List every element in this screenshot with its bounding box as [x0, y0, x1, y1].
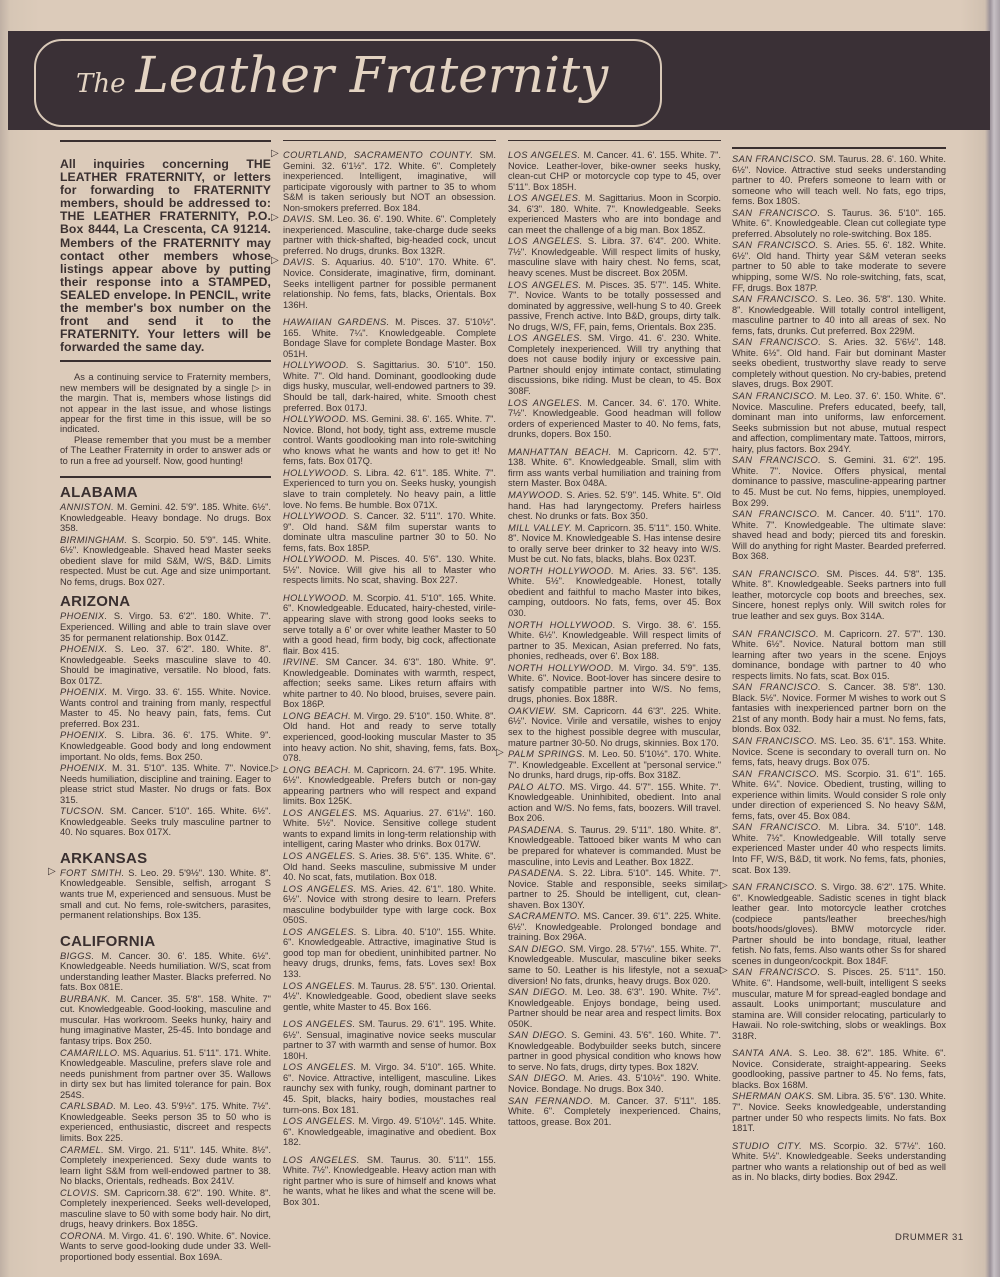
listing-entry: SAN FRANCISCO. S. Leo. 36. 5'8". 130. Wh… — [732, 294, 946, 336]
listing-entry: SAN FRANCISCO. M. Cancer. 40. 5'11". 170… — [732, 509, 946, 562]
state-heading: ARIZONA — [60, 593, 271, 610]
listing-city: HOLLYWOOD. — [283, 360, 349, 370]
listing-entry: SAN FRANCISCO. S. Cancer. 38. 5'8". 130.… — [732, 682, 946, 735]
listing-city: PASADENA. — [508, 868, 564, 878]
listing-city: SAN FERNANDO. — [508, 1096, 593, 1106]
listing-entry: HOLLYWOOD. S. Sagittarius. 30. 5'10". 15… — [283, 360, 496, 413]
listing-city: LOS ANGELES. — [508, 333, 583, 343]
listing-city: NORTH HOLLYWOOD. — [508, 620, 616, 630]
listing-entry: MILL VALLEY. M. Capricorn. 35. 5'11". 15… — [508, 523, 721, 565]
listing-city: SAN FRANCISCO. — [732, 882, 817, 892]
listing-city: PHOENIX. — [60, 687, 108, 697]
listing-entry: CARLSBAD. M. Leo. 43. 5'9½". 175. White.… — [60, 1101, 271, 1143]
column-rule — [283, 140, 496, 141]
listing-city: LOS ANGELES. — [283, 1155, 360, 1165]
listing-entry: ▷DAVIS. S. Aquarius. 40. 5'10". 170. Whi… — [283, 257, 496, 310]
listing-city: TUCSON. — [60, 806, 105, 816]
listing-city: SAN FRANCISCO. — [732, 822, 821, 832]
listing-city: PALM SPRINGS. — [508, 749, 585, 759]
listing-city: SAN FRANCISCO. — [732, 569, 820, 579]
listing-city: SAN FRANCISCO. — [732, 391, 817, 401]
listing-entry: LOS ANGELES. M. Virgo. 49. 5'10½". 145. … — [283, 1116, 496, 1148]
listing-city: LOS ANGELES. — [283, 808, 358, 818]
listing-city: HOLLYWOOD. — [283, 554, 349, 564]
listing-entry: SANTA ANA. S. Leo. 38. 6'2". 185. White.… — [732, 1048, 946, 1090]
listing-entry: LOS ANGELES. MS. Aries. 42. 6'1". 180. W… — [283, 884, 496, 926]
listing-entry: PALO ALTO. MS. Virgo. 44. 5'7". 155. Whi… — [508, 782, 721, 824]
listing-entry: CARMEL. SM. Virgo. 21. 5'11". 145. White… — [60, 1145, 271, 1187]
listing-entry: SAN FRANCISCO. MS. Scorpio. 31. 6'1". 16… — [732, 769, 946, 822]
listing-entry: SAN FRANCISCO. SM. Pisces. 44. 5'8". 135… — [732, 569, 946, 622]
column-rule — [60, 140, 271, 142]
listing-entry: SAN DIEGO. M. Leo. 38. 6'3". 190. White.… — [508, 987, 721, 1029]
listing-city: LOS ANGELES. — [283, 981, 355, 991]
listing-text: S. Aquarius. 40. 5'10". 170. White. 6". … — [283, 257, 496, 309]
listing-city: LONG BEACH. — [283, 765, 351, 775]
page-title: The Leather Fraternity — [40, 46, 660, 124]
listing-city: PHOENIX. — [60, 611, 108, 621]
listing-city: MILL VALLEY. — [508, 523, 572, 533]
listing-city: STUDIO CITY. — [732, 1141, 802, 1151]
listings-column-4: SAN FRANCISCO. SM. Taurus. 28. 6'. 160. … — [732, 154, 946, 1183]
listing-entry: BURBANK. M. Cancer. 35. 5'8". 158. White… — [60, 994, 271, 1047]
listing-city: SAN FRANCISCO. — [732, 629, 819, 639]
listing-city: SAN FRANCISCO. — [732, 208, 821, 218]
new-member-marker-icon: ▷ — [271, 256, 279, 267]
listing-entry: TUCSON. SM. Cancer. 5'10". 165. White. 6… — [60, 806, 271, 838]
listing-entry: PASADENA. S. Taurus. 29. 5'11". 180. Whi… — [508, 825, 721, 867]
listing-entry: HOLLYWOOD. M. Pisces. 40. 5'6". 130. Whi… — [283, 554, 496, 586]
listing-city: MAYWOOD. — [508, 490, 563, 500]
listing-entry: LOS ANGELES. M. Sagittarius. Moon in Sco… — [508, 193, 721, 235]
listing-city: SAN FRANCISCO. — [732, 509, 820, 519]
new-member-marker-icon: ▷ — [496, 748, 504, 759]
listing-entry: SAN FRANCISCO. SM. Taurus. 28. 6'. 160. … — [732, 154, 946, 207]
listing-text: S. Pisces. 25. 5'11". 150. White. 6". Ha… — [732, 967, 946, 1040]
listing-entry: LOS ANGELES. SM. Taurus. 30. 5'11". 155.… — [283, 1155, 496, 1208]
listing-entry: SAN DIEGO. SM. Virgo. 28. 5'7½". 155. Wh… — [508, 944, 721, 986]
listing-city: OAKVIEW. — [508, 706, 557, 716]
listing-city: SAN DIEGO. — [508, 987, 568, 997]
listing-entry: SAN FERNANDO. M. Cancer. 37. 5'11". 185.… — [508, 1096, 721, 1128]
listing-entry: IRVINE. SM Cancer. 34. 6'3". 180. White.… — [283, 657, 496, 710]
listing-city: COURTLAND, SACRAMENTO COUNTY. — [283, 150, 473, 160]
listing-entry: LOS ANGELES. M. Cancer. 34. 6'. 170. Whi… — [508, 398, 721, 440]
listing-city: CLOVIS. — [60, 1188, 99, 1198]
listing-entry: CAMARILLO. MS. Aquarius. 51. 5'11". 171.… — [60, 1048, 271, 1101]
listing-entry: LOS ANGELES. M. Taurus. 28. 5'5". 130. O… — [283, 981, 496, 1013]
column-4: SAN FRANCISCO. SM. Taurus. 28. 6'. 160. … — [732, 154, 946, 1184]
listing-entry: ▷DAVIS. SM. Leo. 36. 6'. 190. White. 6".… — [283, 214, 496, 256]
listing-entry: SAN FRANCISCO. S. Aries. 32. 5'6½". 148.… — [732, 337, 946, 390]
state-heading: CALIFORNIA — [60, 933, 271, 950]
listing-entry: PHOENIX. S. Libra. 36. 6'. 175. White. 9… — [60, 730, 271, 762]
magazine-page: The Leather Fraternity All inquiries con… — [0, 0, 1000, 1277]
listing-city: LOS ANGELES. — [508, 280, 582, 290]
listing-city: LOS ANGELES. — [508, 193, 581, 203]
listing-city: LOS ANGELES. — [283, 1062, 357, 1072]
listings-column-2: ▷COURTLAND, SACRAMENTO COUNTY. SM. Gemin… — [283, 150, 496, 1208]
listing-entry: LOS ANGELES. S. Aries. 38. 5'6". 135. Wh… — [283, 851, 496, 883]
title-prefix: The — [76, 69, 125, 99]
listing-entry: PASADENA. S. 22. Libra. 5'10". 145. Whit… — [508, 868, 721, 910]
listing-city: PALO ALTO. — [508, 782, 566, 792]
listing-city: HOLLYWOOD. — [283, 414, 349, 424]
state-heading: ARKANSAS — [60, 850, 271, 867]
listing-entry: LOS ANGELES. M. Virgo. 34. 5'10". 165. W… — [283, 1062, 496, 1115]
listing-city: HAWAIIAN GARDENS. — [283, 317, 390, 327]
intro-note: As a continuing service to Fraternity me… — [60, 372, 271, 466]
listing-city: ANNISTON. — [60, 502, 114, 512]
note-membership: Please remember that you must be a membe… — [60, 435, 271, 466]
listing-city: SAN FRANCISCO. — [732, 769, 819, 779]
listing-entry: HOLLYWOOD. MS. Gemini. 38. 6'. 165. Whit… — [283, 414, 496, 467]
listing-entry: SACRAMENTO. MS. Cancer. 39. 6'1". 225. W… — [508, 911, 721, 943]
listing-city: DAVIS. — [283, 257, 315, 267]
listing-entry: HOLLYWOOD. S. Libra. 42. 6'1". 185. Whit… — [283, 468, 496, 510]
listing-city: SAN FRANCISCO. — [732, 154, 817, 164]
new-member-marker-icon: ▷ — [720, 966, 728, 977]
listing-city: SAN FRANCISCO. — [732, 967, 821, 977]
new-member-marker-icon: ▷ — [271, 213, 279, 224]
listing-entry: LOS ANGELES. S. Libra. 37. 6'4". 200. Wh… — [508, 236, 721, 278]
listing-entry: PHOENIX. M. 31. 5'10". 135. White. 7". N… — [60, 763, 271, 805]
listing-city: SAN FRANCISCO. — [732, 240, 819, 250]
column-2: ▷COURTLAND, SACRAMENTO COUNTY. SM. Gemin… — [283, 150, 496, 1209]
listing-city: PHOENIX. — [60, 763, 108, 773]
note-new-members: As a continuing service to Fraternity me… — [60, 372, 271, 434]
listing-entry: OAKVIEW. SM. Capricorn. 44 6'3". 225. Wh… — [508, 706, 721, 748]
listing-entry: ▷PALM SPRINGS. M. Leo. 50. 5'10½". 170. … — [508, 749, 721, 781]
listing-entry: LOS ANGELES. MS. Aquarius. 27. 6'1½". 16… — [283, 808, 496, 850]
listing-city: BIRMINGHAM. — [60, 535, 127, 545]
column-rule — [508, 140, 721, 141]
listing-city: SAN FRANCISCO. — [732, 682, 821, 692]
listing-entry: HOLLYWOOD. M. Scorpio. 41. 5'10". 165. W… — [283, 593, 496, 656]
listing-city: SHERMAN OAKS. — [732, 1091, 815, 1101]
listing-entry: PHOENIX. M. Virgo. 33. 6'. 155. White. N… — [60, 687, 271, 729]
listing-text: SM. Leo. 36. 6'. 190. White. 6". Complet… — [283, 214, 496, 256]
listing-city: HOLLYWOOD. — [283, 593, 349, 603]
listing-entry: NORTH HOLLYWOOD. S. Virgo. 38. 6'. 155. … — [508, 620, 721, 662]
listing-city: SAN DIEGO. — [508, 944, 566, 954]
listing-city: SAN FRANCISCO. — [732, 337, 821, 347]
listing-city: IRVINE. — [283, 657, 319, 667]
new-member-marker-icon: ▷ — [48, 867, 56, 878]
listing-text: S. Virgo. 38. 6'2". 175. White. 6". Know… — [732, 882, 946, 966]
listing-city: LOS ANGELES. — [283, 851, 356, 861]
listing-city: SAN DIEGO. — [508, 1030, 567, 1040]
listing-entry: LOS ANGELES. M. Cancer. 41. 6'. 155. Whi… — [508, 150, 721, 192]
new-member-marker-icon: ▷ — [720, 881, 728, 892]
listing-entry: SAN FRANCISCO. S. Aries. 55. 6'. 182. Wh… — [732, 240, 946, 293]
listing-entry: SAN FRANCISCO. M. Libra. 34. 5'10". 148.… — [732, 822, 946, 875]
listing-entry: MANHATTAN BEACH. M. Capricorn. 42. 5'7".… — [508, 447, 721, 489]
listing-entry: NORTH HOLLYWOOD. M. Aries. 33. 5'6". 135… — [508, 566, 721, 619]
listing-entry: MAYWOOD. S. Aries. 52. 5'9". 145. White.… — [508, 490, 721, 522]
listing-city: CAMARILLO. — [60, 1048, 120, 1058]
listing-entry: SAN FRANCISCO. M. Capricorn. 27. 5'7". 1… — [732, 629, 946, 682]
listing-city: DAVIS. — [283, 214, 315, 224]
listing-entry: SAN FRANCISCO. S. Gemini. 31. 6'2". 195.… — [732, 455, 946, 508]
listing-city: HOLLYWOOD. — [283, 468, 349, 478]
listing-entry: SAN DIEGO. S. Gemini. 43. 5'6". 160. Whi… — [508, 1030, 721, 1072]
listing-entry: BIRMINGHAM. S. Scorpio. 50. 5'9". 145. W… — [60, 535, 271, 588]
listing-city: SACRAMENTO. — [508, 911, 580, 921]
listing-entry: SAN FRANCISCO. MS. Leo. 35. 6'1". 153. W… — [732, 736, 946, 768]
listing-city: SAN FRANCISCO. — [732, 736, 817, 746]
listing-city: LOS ANGELES. — [508, 398, 582, 408]
listing-city: CARMEL. — [60, 1145, 104, 1155]
listing-entry: CLOVIS. SM. Capricorn.38. 6'2". 190. Whi… — [60, 1188, 271, 1230]
listing-city: PHOENIX. — [60, 644, 108, 654]
listing-entry: SAN FRANCISCO. S. Taurus. 36. 5'10". 165… — [732, 208, 946, 240]
column-1: All inquiries concerning THE LEATHER FRA… — [60, 150, 271, 1264]
listing-entry: LOS ANGELES. M. Pisces. 35. 5'7". 145. W… — [508, 280, 721, 333]
listing-entry: PHOENIX. S. Leo. 37. 6'2". 180. White. 8… — [60, 644, 271, 686]
listing-entry: ▷FORT SMITH. S. Leo. 29. 5'9½". 130. Whi… — [60, 868, 271, 921]
state-heading: ALABAMA — [60, 484, 271, 501]
divider — [60, 476, 271, 478]
listing-entry: HOLLYWOOD. S. Cancer. 32. 5'11". 170. Wh… — [283, 511, 496, 553]
listing-city: BIGGS. — [60, 951, 94, 961]
listings-column-1: ALABAMAANNISTON. M. Gemini. 42. 5'9". 18… — [60, 484, 271, 1262]
listing-city: LONG BEACH. — [283, 711, 351, 721]
column-rule — [732, 147, 946, 149]
listing-city: LOS ANGELES. — [283, 884, 357, 894]
new-member-marker-icon: ▷ — [271, 149, 279, 160]
listing-city: NORTH HOLLYWOOD. — [508, 663, 614, 673]
listing-city: SAN FRANCISCO. — [732, 294, 818, 304]
new-member-marker-icon: ▷ — [271, 764, 279, 775]
listing-entry: SHERMAN OAKS. SM. Libra. 35. 5'6". 130. … — [732, 1091, 946, 1133]
listing-entry: LONG BEACH. M. Virgo. 29. 5'10". 150. Wh… — [283, 711, 496, 764]
listing-city: FORT SMITH. — [60, 868, 125, 878]
divider — [60, 360, 271, 362]
listing-city: LOS ANGELES. — [283, 927, 357, 937]
listing-city: MANHATTAN BEACH. — [508, 447, 612, 457]
column-3: LOS ANGELES. M. Cancer. 41. 6'. 155. Whi… — [508, 150, 721, 1128]
listing-city: HOLLYWOOD. — [283, 511, 349, 521]
listing-entry: ▷COURTLAND, SACRAMENTO COUNTY. SM. Gemin… — [283, 150, 496, 213]
title-main: Leather Fraternity — [135, 46, 608, 104]
listing-city: LOS ANGELES. — [508, 150, 580, 160]
listing-city: SANTA ANA. — [732, 1048, 793, 1058]
listing-entry: LOS ANGELES. SM. Taurus. 29. 6'1". 195. … — [283, 1019, 496, 1061]
listing-entry: ▷SAN FRANCISCO. S. Virgo. 38. 6'2". 175.… — [732, 882, 946, 966]
listing-entry: ▷SAN FRANCISCO. S. Pisces. 25. 5'11". 15… — [732, 967, 946, 1041]
listing-entry: LOS ANGELES. S. Libra. 40. 5'10". 155. W… — [283, 927, 496, 980]
listing-city: PHOENIX. — [60, 730, 108, 740]
listing-city: PASADENA. — [508, 825, 564, 835]
listing-entry: STUDIO CITY. MS. Scorpio. 32. 5'7½". 160… — [732, 1141, 946, 1183]
listing-entry: BIGGS. M. Cancer. 30. 6'. 185. White. 6½… — [60, 951, 271, 993]
listing-entry: ▷LONG BEACH. M. Capricorn. 24. 6'7". 195… — [283, 765, 496, 807]
intro-instructions: All inquiries concerning THE LEATHER FRA… — [60, 158, 271, 354]
listing-entry: HAWAIIAN GARDENS. M. Pisces. 37. 5'10½".… — [283, 317, 496, 359]
page-footer: DRUMMER 31 — [895, 1232, 964, 1243]
listing-city: SAN FRANCISCO. — [732, 455, 821, 465]
listing-city: CORONA. — [60, 1231, 106, 1241]
listing-city: CARLSBAD. — [60, 1101, 116, 1111]
listing-city: SAN DIEGO. — [508, 1073, 569, 1083]
listing-entry: ANNISTON. M. Gemini. 42. 5'9". 185. Whit… — [60, 502, 271, 534]
listing-city: LOS ANGELES. — [283, 1019, 356, 1029]
listing-entry: PHOENIX. S. Virgo. 53. 6'2". 180. White.… — [60, 611, 271, 643]
listing-city: LOS ANGELES. — [283, 1116, 356, 1126]
listing-city: BURBANK. — [60, 994, 111, 1004]
listing-entry: SAN FRANCISCO. M. Leo. 37. 6'. 150. Whit… — [732, 391, 946, 454]
listing-entry: LOS ANGELES. SM. Virgo. 41. 6'. 230. Whi… — [508, 333, 721, 396]
listings-column-3: LOS ANGELES. M. Cancer. 41. 6'. 155. Whi… — [508, 150, 721, 1127]
listing-city: LOS ANGELES. — [508, 236, 583, 246]
listing-entry: CORONA. M. Virgo. 41. 6'. 190. White. 6"… — [60, 1231, 271, 1263]
listing-entry: SAN DIEGO. M. Aries. 43. 5'10½". 190. Wh… — [508, 1073, 721, 1094]
listing-city: NORTH HOLLYWOOD. — [508, 566, 614, 576]
listing-entry: NORTH HOLLYWOOD. M. Virgo. 34. 5'9". 135… — [508, 663, 721, 705]
